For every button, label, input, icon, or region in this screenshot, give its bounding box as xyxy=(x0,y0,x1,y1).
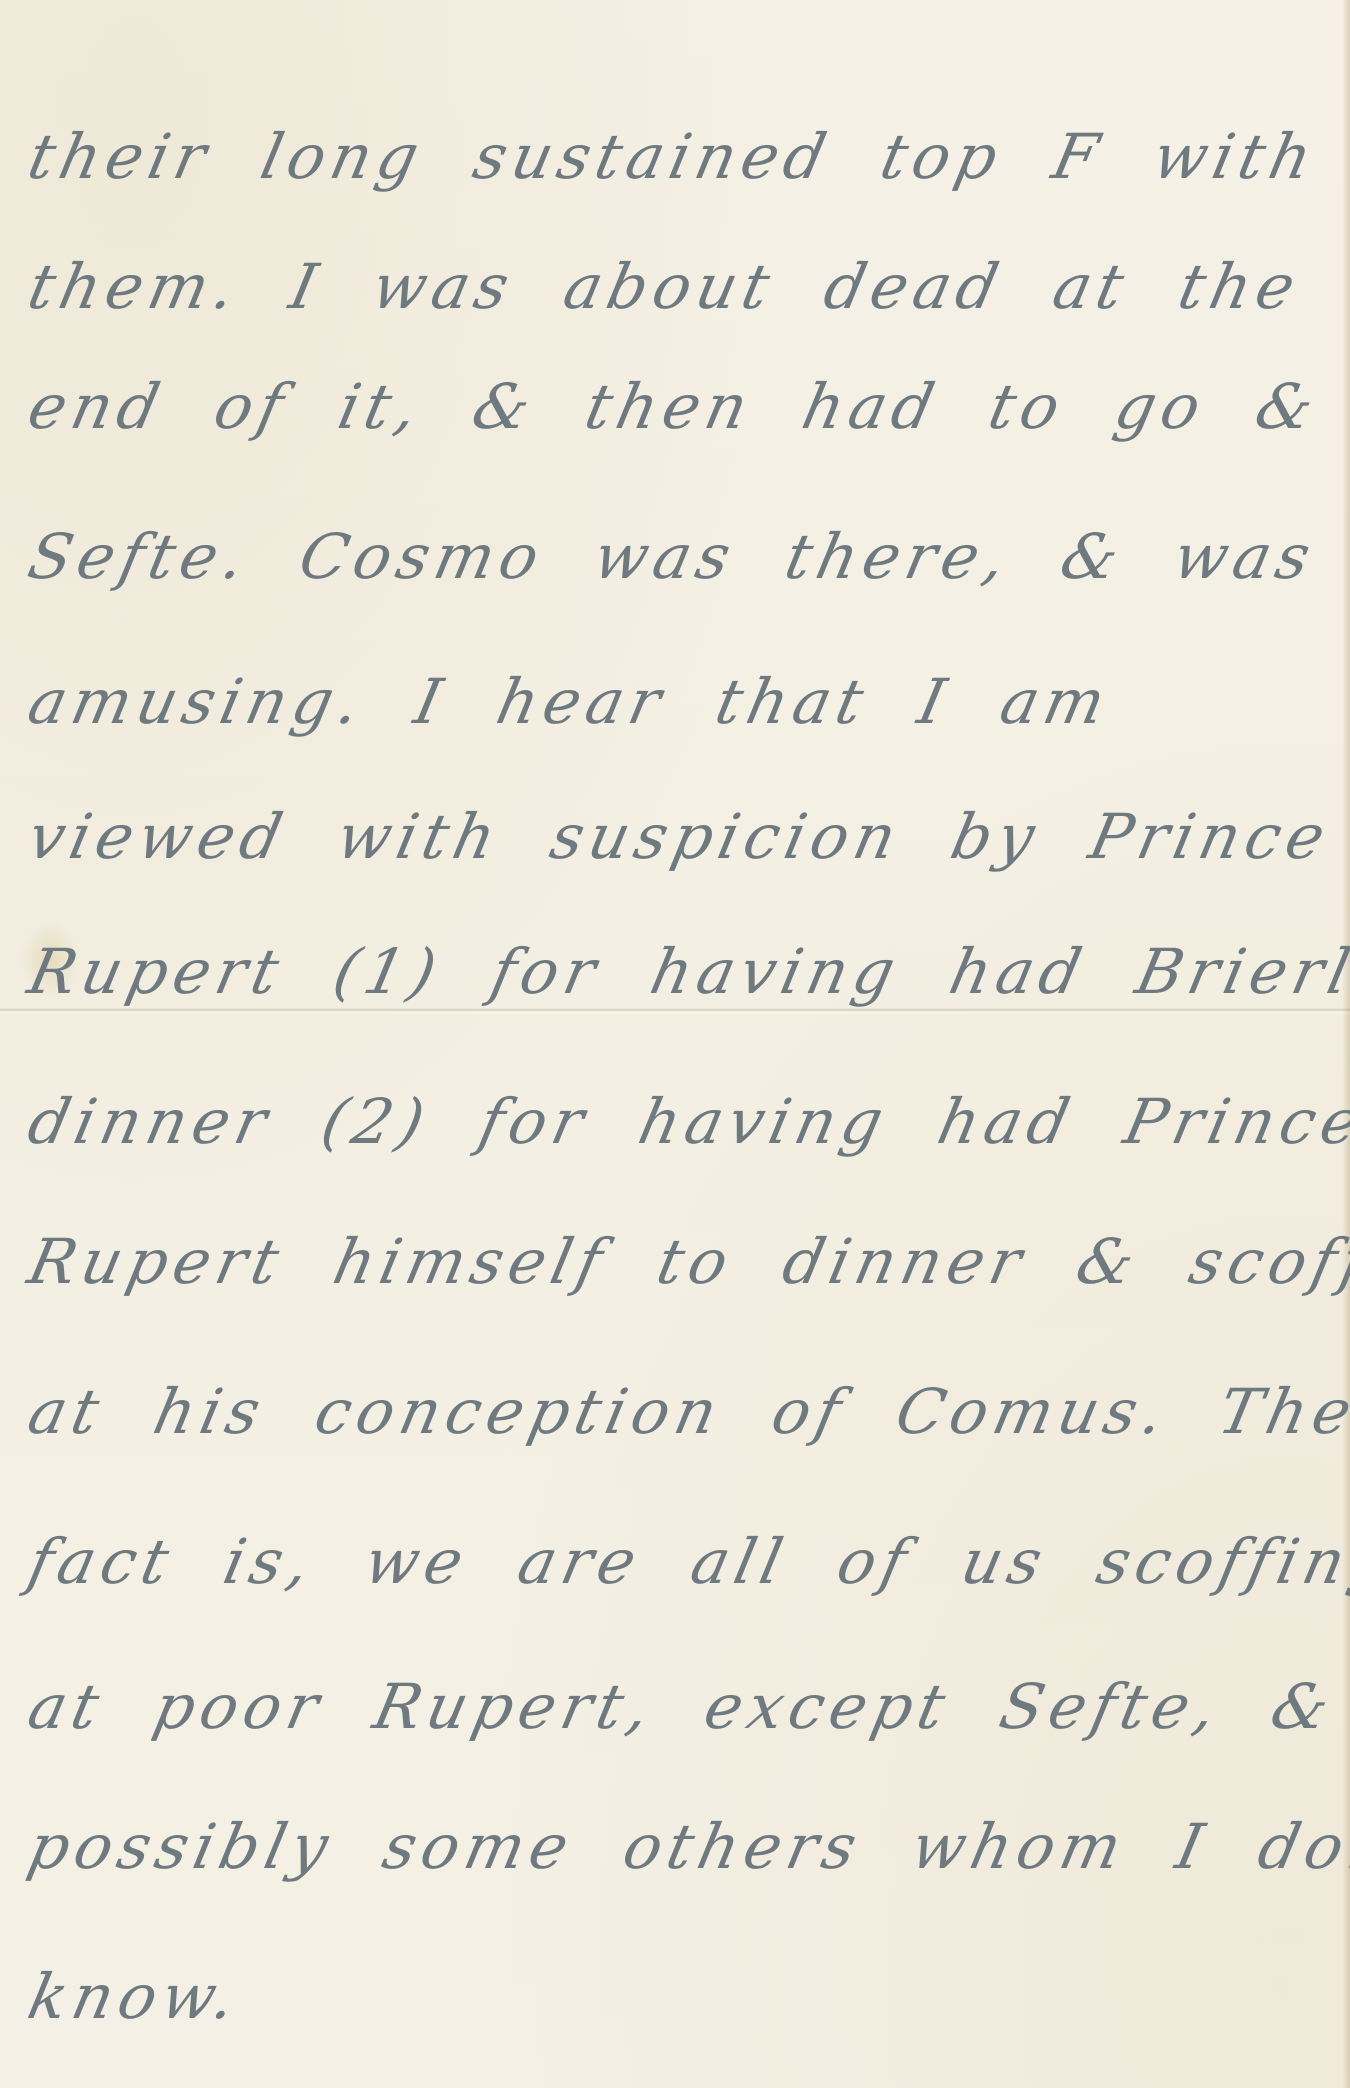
text-line: dinner (2) for having had Prince xyxy=(22,1085,1350,1158)
handwritten-text: their long sustained top F with them. I … xyxy=(0,0,1350,2088)
text-line: know. xyxy=(22,1960,248,2033)
text-line: viewed with suspicion by Prince xyxy=(22,800,1337,873)
text-line: end of it, & then had to go & see xyxy=(22,370,1350,443)
text-line: Rupert (1) for having had Brierley to xyxy=(22,935,1350,1008)
text-line: Rupert himself to dinner & scoffed xyxy=(22,1225,1350,1298)
text-line: fact is, we are all of us scoffing xyxy=(22,1525,1350,1598)
text-line: Sefte. Cosmo was there, & was quite xyxy=(22,520,1350,593)
text-line: their long sustained top F with xyxy=(22,120,1324,193)
text-line: possibly some others whom I don't xyxy=(22,1810,1350,1883)
text-line: at his conception of Comus. The xyxy=(22,1375,1350,1448)
text-line: them. I was about dead at the xyxy=(22,250,1307,323)
text-line: at poor Rupert, except Sefte, & xyxy=(22,1670,1341,1743)
text-line: amusing. I hear that I am xyxy=(22,665,1117,738)
